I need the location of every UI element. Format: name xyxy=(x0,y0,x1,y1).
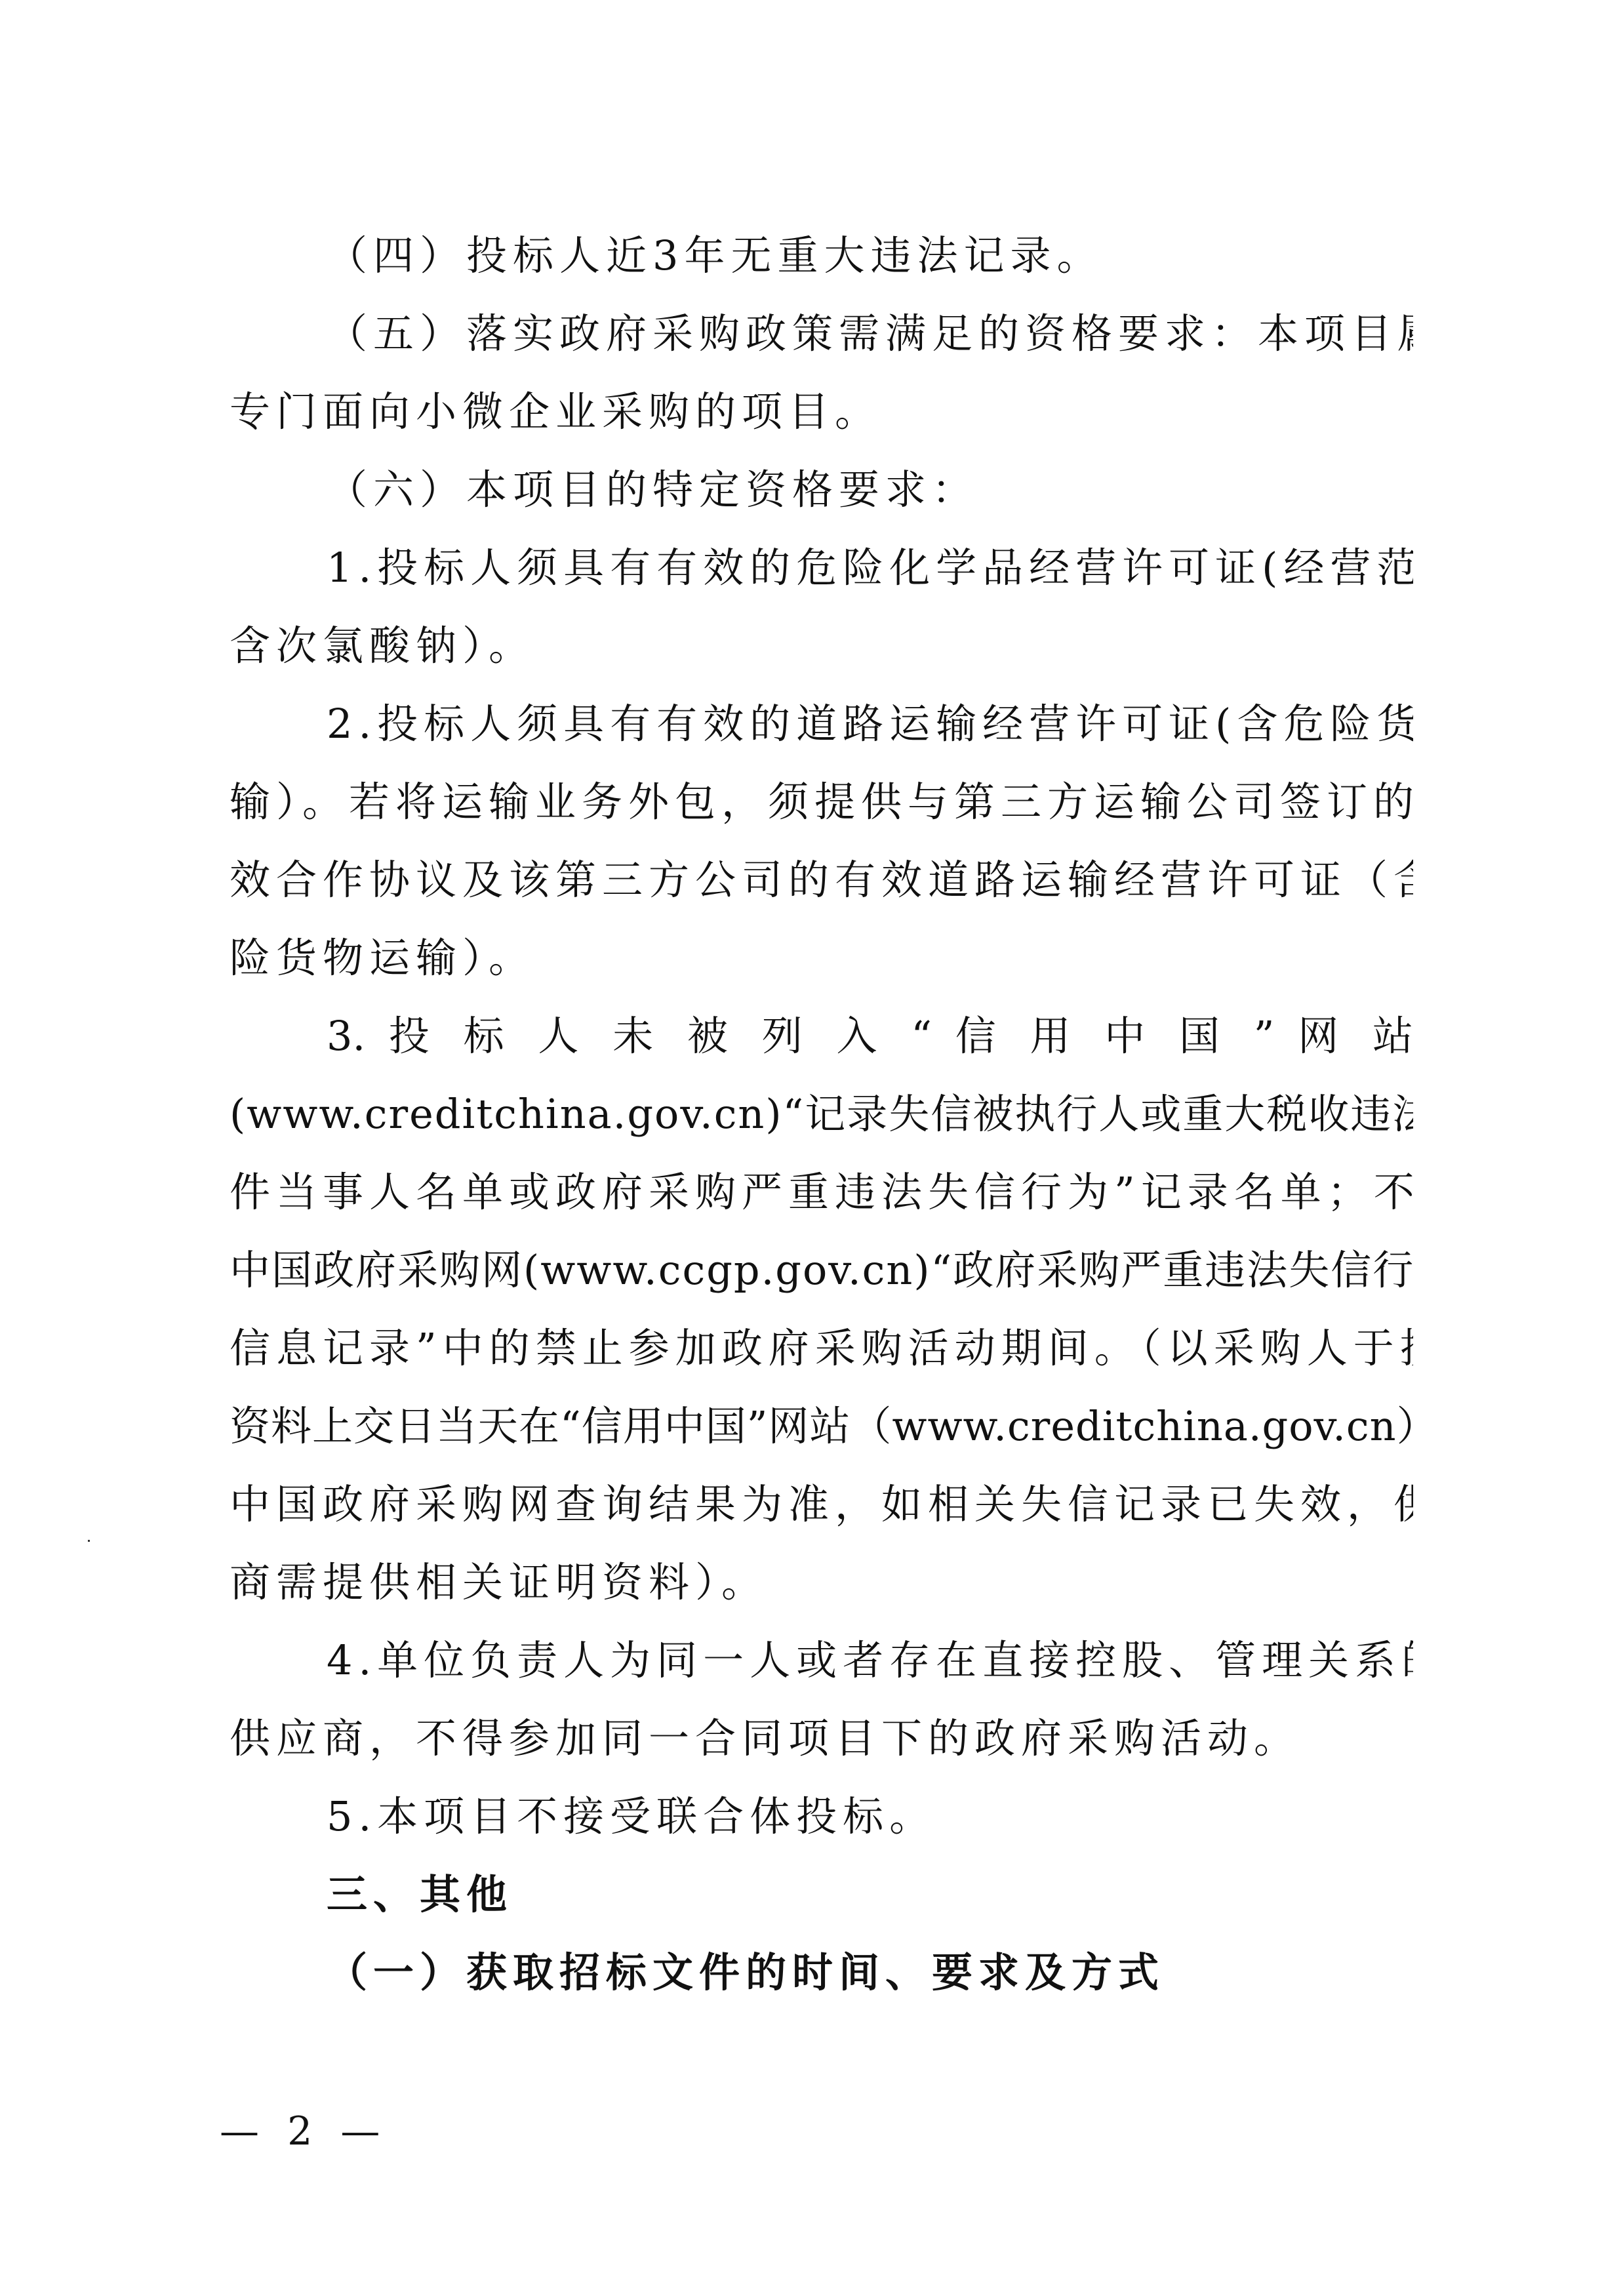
item-3-continued-1: (www.creditchina.gov.cn)“记录失信被执行人或重大税收违法… xyxy=(230,1075,1413,1153)
item-3-continued-7: 商需提供相关证明资料）。 xyxy=(230,1543,1413,1621)
paragraph-5-continued: 专门面向小微企业采购的项目。 xyxy=(230,373,1413,451)
item-2-continued-1: 输）。若将运输业务外包，须提供与第三方运输公司签订的有 xyxy=(230,763,1413,841)
paragraph-5-policy-requirements: （五）落实政府采购政策需满足的资格要求：本项目属于 xyxy=(230,294,1413,373)
item-5-no-consortium: 5.本项目不接受联合体投标。 xyxy=(230,1777,1413,1855)
item-3-continued-6: 中国政府采购网查询结果为准，如相关失信记录已失效，供应 xyxy=(230,1465,1413,1543)
item-2-continued-3: 险货物运输）。 xyxy=(230,919,1413,997)
scan-speck xyxy=(88,1540,90,1542)
item-2-road-transport-license: 2.投标人须具有有效的道路运输经营许可证(含危险货物运 xyxy=(230,685,1413,763)
item-1-hazardous-chemicals-license: 1.投标人须具有有效的危险化学品经营许可证(经营范围包 xyxy=(230,529,1413,607)
item-3-continued-3: 中国政府采购网(www.ccgp.gov.cn)“政府采购严重违法失信行为 xyxy=(230,1231,1413,1309)
paragraph-6-specific-qualifications: （六）本项目的特定资格要求： xyxy=(230,451,1413,529)
paragraph-4-no-violations: （四）投标人近3年无重大违法记录。 xyxy=(230,216,1413,294)
item-3-continued-5: 资料上交日当天在“信用中国”网站（www.creditchina.gov.cn）… xyxy=(230,1387,1413,1465)
item-4-continued: 供应商，不得参加同一合同项目下的政府采购活动。 xyxy=(230,1699,1413,1777)
item-4-same-responsible-person: 4.单位负责人为同一人或者存在直接控股、管理关系的不同 xyxy=(230,1621,1413,1699)
item-1-continued: 含次氯酸钠）。 xyxy=(230,607,1413,685)
item-3-continued-4: 信息记录”中的禁止参加政府采购活动期间。（以采购人于投标 xyxy=(230,1309,1413,1387)
subsection-1-obtain-tender-documents: （一）获取招标文件的时间、要求及方式 xyxy=(230,1933,1413,2011)
document-body: （四）投标人近3年无重大违法记录。 （五）落实政府采购政策需满足的资格要求：本项… xyxy=(230,216,1413,2011)
page-number: — 2 — xyxy=(220,2108,388,2154)
item-2-continued-2: 效合作协议及该第三方公司的有效道路运输经营许可证（含危 xyxy=(230,841,1413,919)
section-3-heading-other: 三、其他 xyxy=(230,1855,1413,1933)
item-3-continued-2: 件当事人名单或政府采购严重违法失信行为”记录名单；不处于 xyxy=(230,1153,1413,1231)
item-3-credit-china: 3. 投 标 人 未 被 列 入 “ 信 用 中 国 ” 网 站 xyxy=(230,997,1413,1075)
